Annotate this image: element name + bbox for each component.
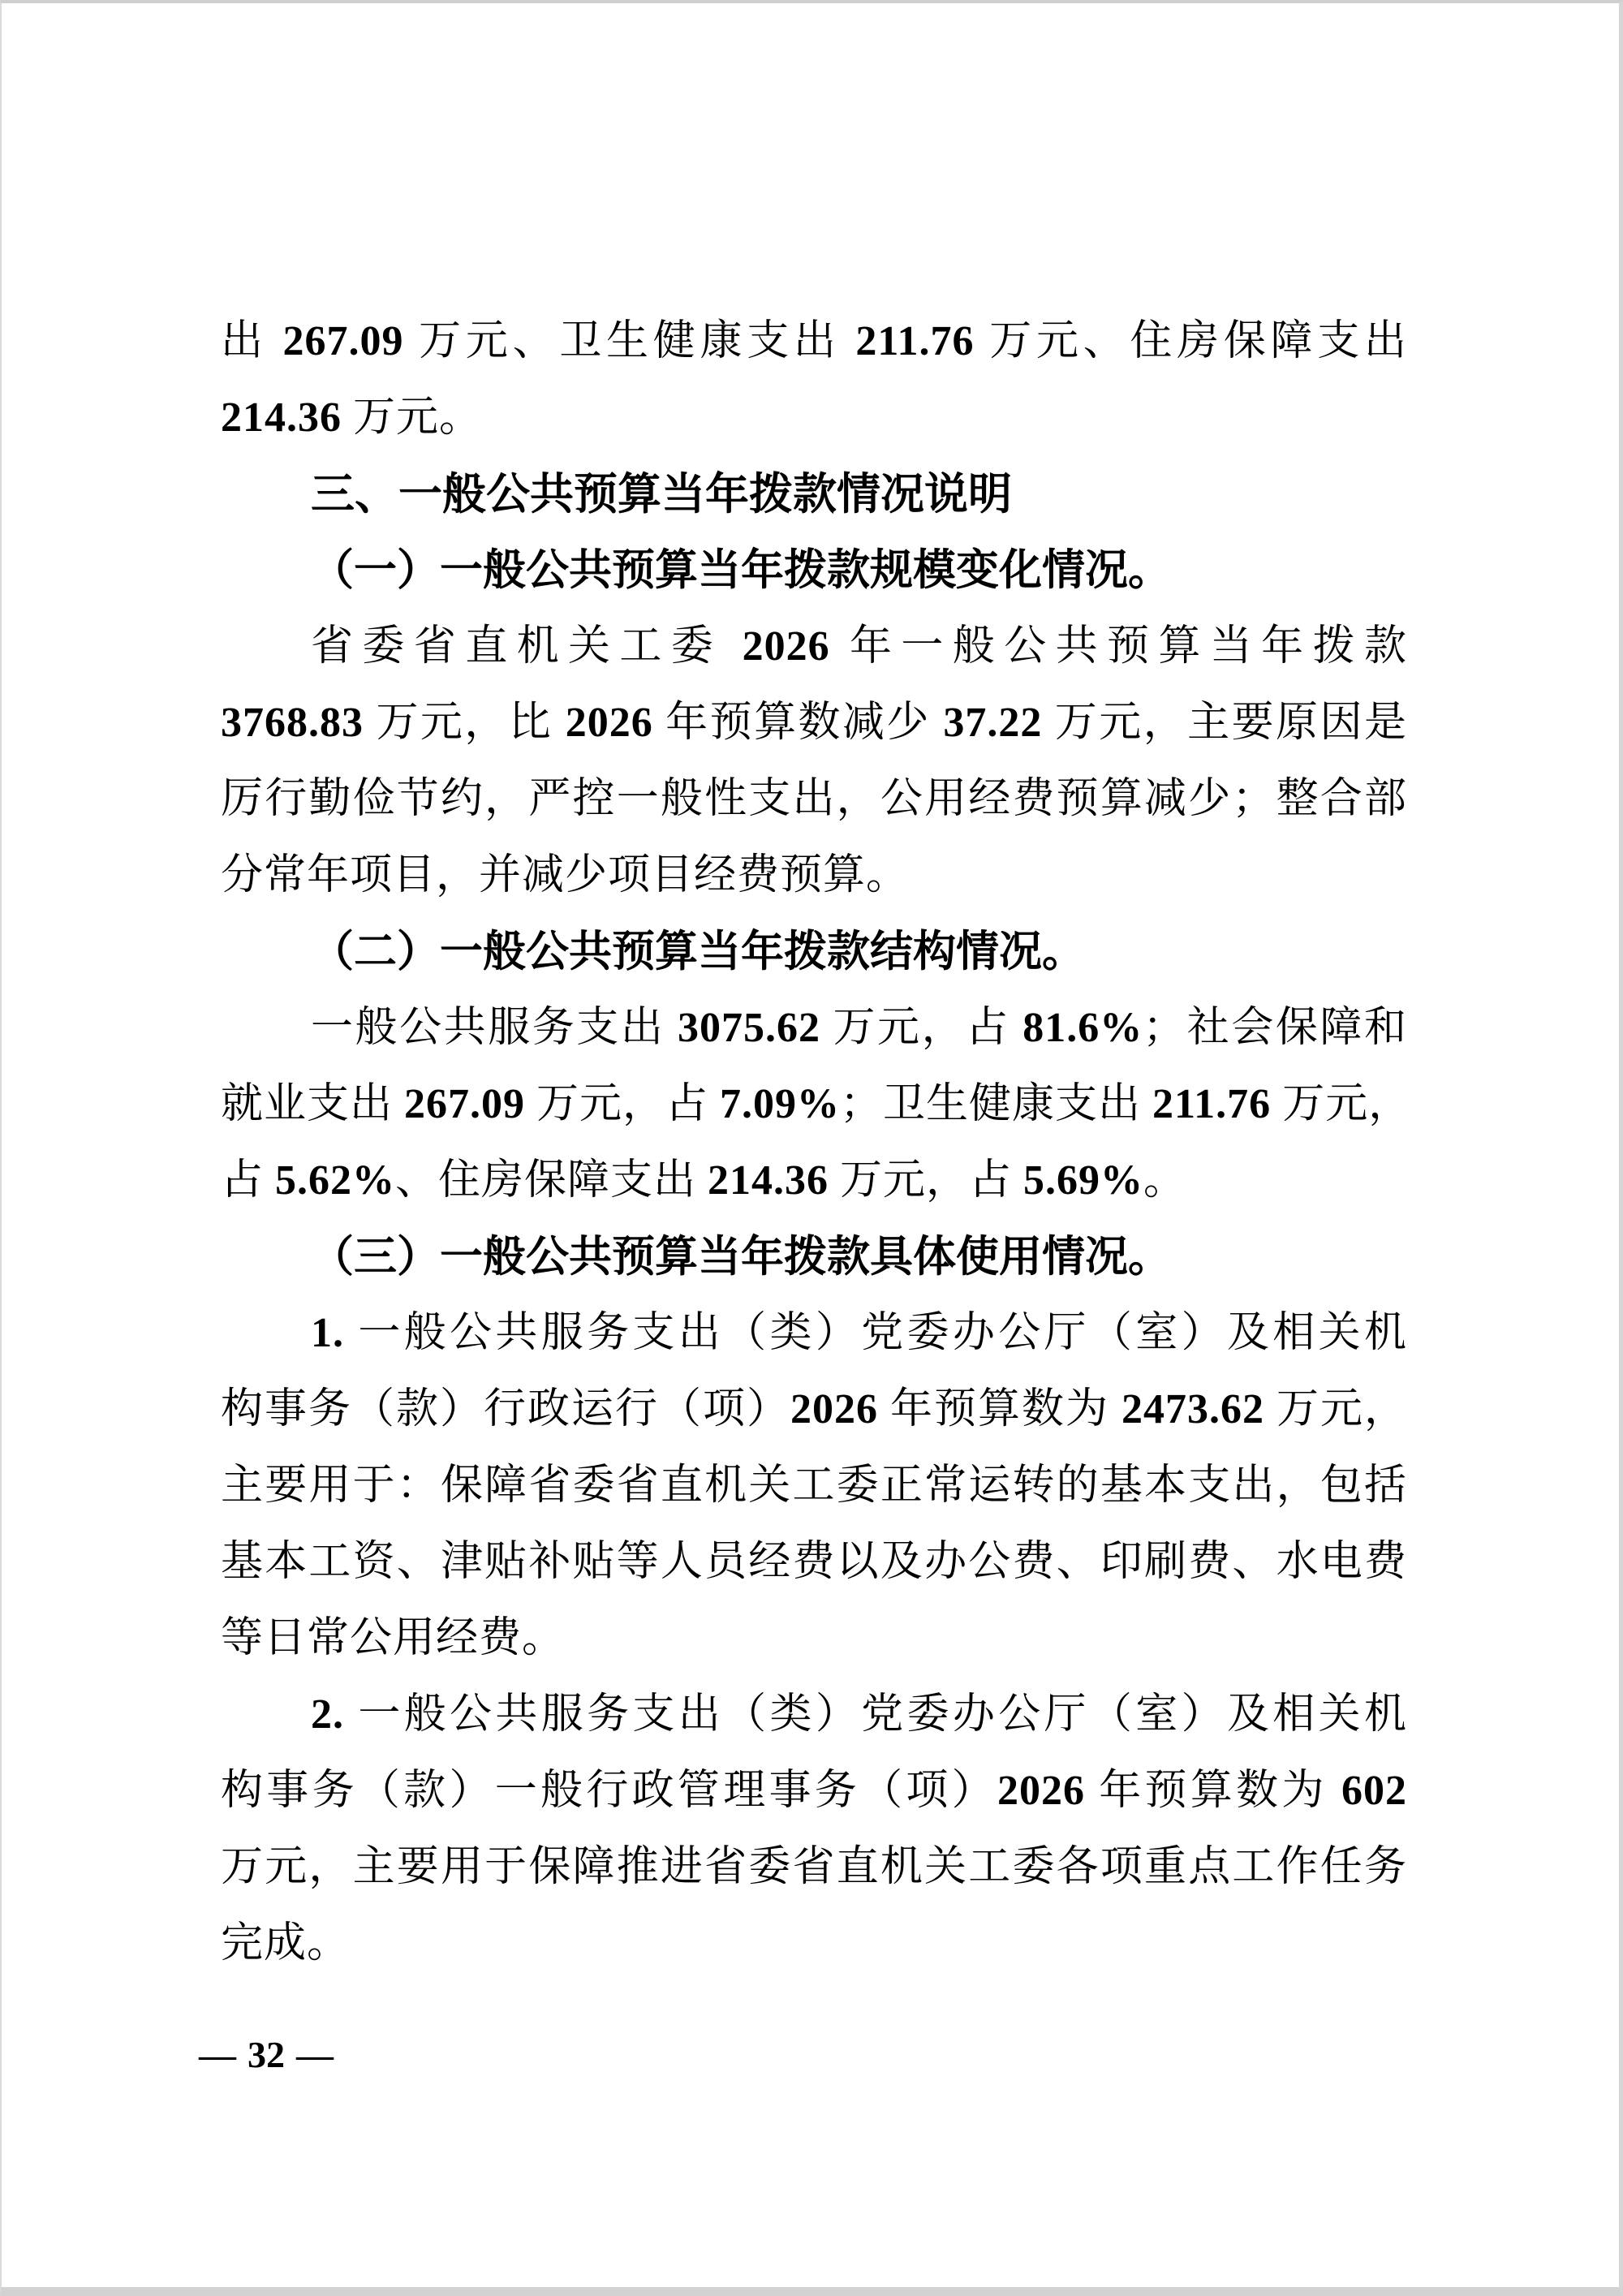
text-segment: 万元，占 [525,1081,720,1127]
page-number: —32— [199,2031,334,2079]
page-body-text: 出 267.09 万元、卫生健康支出 211.76 万元、住房保障支出214.3… [221,304,1407,1982]
text-line: 省委省直机关工委 2026 年一般公共预算当年拨款 [221,609,1407,685]
text-segment: （一）一般公共预算当年拨款规模变化情况。 [311,547,1171,594]
text-segment: 一般公共服务支出（类）党委办公厅（室）及相关机 [344,1691,1407,1738]
numeric-value: 2. [311,1691,344,1738]
numeric-value: 5.62% [275,1157,395,1204]
text-segment: 万元，占 [820,1005,1022,1051]
text-line: 214.36 万元。 [221,380,1407,456]
numeric-value: 214.36 [221,394,342,441]
numeric-value: 214.36 [708,1157,829,1204]
numeric-value: 211.76 [855,318,974,364]
text-segment: 构事务（款）一般行政管理事务（项） [221,1768,997,1814]
text-line: 一般公共服务支出 3075.62 万元，占 81.6%；社会保障和 [221,990,1407,1066]
text-segment: 万元、卫生健康支出 [403,318,855,364]
text-segment: 万元、住房保障支出 [975,318,1407,364]
text-line: 厉行勤俭节约，严控一般性支出，公用经费预算减少；整合部 [221,761,1407,838]
text-segment: 分常年项目，并减少项目经费预算。 [221,852,909,898]
text-segment: 三、一般公共预算当年拨款情况说明 [311,470,1012,519]
text-segment: 万元， [1271,1081,1411,1127]
text-segment: 主要用于：保障省委省直机关工委正常运转的基本支出，包括 [221,1462,1407,1509]
text-segment: （二）一般公共预算当年拨款结构情况。 [311,928,1085,976]
text-segment: 就业支出 [221,1081,404,1127]
text-segment: 一般公共服务支出 [311,1005,678,1051]
numeric-value: 1. [311,1310,344,1356]
text-line: 等日常公用经费。 [221,1600,1407,1677]
numeric-value: 3075.62 [678,1005,820,1051]
numeric-value: 267.09 [282,318,403,364]
text-line: 构事务（款）行政运行（项）2026 年预算数为 2473.62 万元， [221,1372,1407,1448]
numeric-value: 2473.62 [1121,1386,1264,1432]
numeric-value: 2026 [566,700,653,746]
numeric-value: 2026 [743,623,830,670]
text-segment: 等日常公用经费。 [221,1615,565,1661]
text-segment: ；社会保障和 [1143,1005,1407,1051]
text-line: 占 5.62%、住房保障支出 214.36 万元，占 5.69%。 [221,1143,1407,1219]
text-line: 3768.83 万元，比 2026 年预算数减少 37.22 万元，主要原因是 [221,685,1407,761]
numeric-value: 3768.83 [221,700,364,746]
text-segment: 年预算数减少 [653,700,944,746]
text-segment: 占 [221,1157,275,1204]
text-line: 出 267.09 万元、卫生健康支出 211.76 万元、住房保障支出 [221,304,1407,380]
numeric-value: 267.09 [404,1081,525,1127]
text-line: 主要用于：保障省委省直机关工委正常运转的基本支出，包括 [221,1448,1407,1524]
text-segment: 万元。 [342,394,482,441]
numeric-value: 81.6% [1022,1005,1143,1051]
text-segment: 万元，主要用于保障推进省委省直机关工委各项重点工作任务 [221,1844,1407,1890]
page-number-left-dash: — [199,2034,236,2075]
numeric-value: 7.09% [720,1081,840,1127]
text-segment: ；卫生健康支出 [840,1081,1152,1127]
text-line: 构事务（款）一般行政管理事务（项）2026 年预算数为 602 [221,1753,1407,1829]
numeric-value: 5.69% [1023,1157,1143,1204]
numeric-value: 37.22 [943,700,1042,746]
numeric-value: 2026 [790,1386,878,1432]
text-segment: 完成。 [221,1920,350,1966]
text-segment: 年预算数为 [1085,1768,1341,1814]
text-segment: 构事务（款）行政运行（项） [221,1386,790,1432]
text-line: 基本工资、津贴补贴等人员经费以及办公费、印刷费、水电费 [221,1524,1407,1600]
text-segment: 年预算数为 [878,1386,1121,1432]
text-line: （二）一般公共预算当年拨款结构情况。 [221,914,1407,990]
text-segment: 万元，占 [829,1157,1023,1204]
text-segment: 万元， [1264,1386,1407,1432]
text-line: 1. 一般公共服务支出（类）党委办公厅（室）及相关机 [221,1295,1407,1372]
text-segment: 年一般公共预算当年拨款 [830,623,1407,670]
text-segment: 基本工资、津贴补贴等人员经费以及办公费、印刷费、水电费 [221,1539,1407,1585]
text-line: 2. 一般公共服务支出（类）党委办公厅（室）及相关机 [221,1677,1407,1753]
text-line: 完成。 [221,1906,1407,1982]
text-line: 万元，主要用于保障推进省委省直机关工委各项重点工作任务 [221,1829,1407,1906]
text-segment: 万元，主要原因是 [1042,700,1407,746]
text-segment: 一般公共服务支出（类）党委办公厅（室）及相关机 [344,1310,1407,1356]
text-segment: 万元，比 [364,700,566,746]
text-line: 分常年项目，并减少项目经费预算。 [221,838,1407,914]
text-segment: （三）一般公共预算当年拨款具体使用情况。 [311,1234,1171,1281]
numeric-value: 2026 [997,1768,1085,1814]
document-page: 出 267.09 万元、卫生健康支出 211.76 万元、住房保障支出214.3… [0,0,1623,2296]
text-segment: 。 [1143,1157,1186,1204]
text-line: 就业支出 267.09 万元，占 7.09%；卫生健康支出 211.76 万元， [221,1066,1407,1143]
numeric-value: 602 [1341,1768,1407,1814]
text-line: 三、一般公共预算当年拨款情况说明 [221,456,1407,532]
text-segment: 、住房保障支出 [395,1157,708,1204]
text-line: （三）一般公共预算当年拨款具体使用情况。 [221,1219,1407,1295]
text-line: （一）一般公共预算当年拨款规模变化情况。 [221,532,1407,609]
numeric-value: 211.76 [1152,1081,1271,1127]
text-segment: 出 [221,318,282,364]
text-segment: 省委省直机关工委 [311,623,743,670]
text-segment: 厉行勤俭节约，严控一般性支出，公用经费预算减少；整合部 [221,776,1407,822]
page-number-value: 32 [236,2034,296,2075]
page-number-right-dash: — [296,2034,334,2075]
